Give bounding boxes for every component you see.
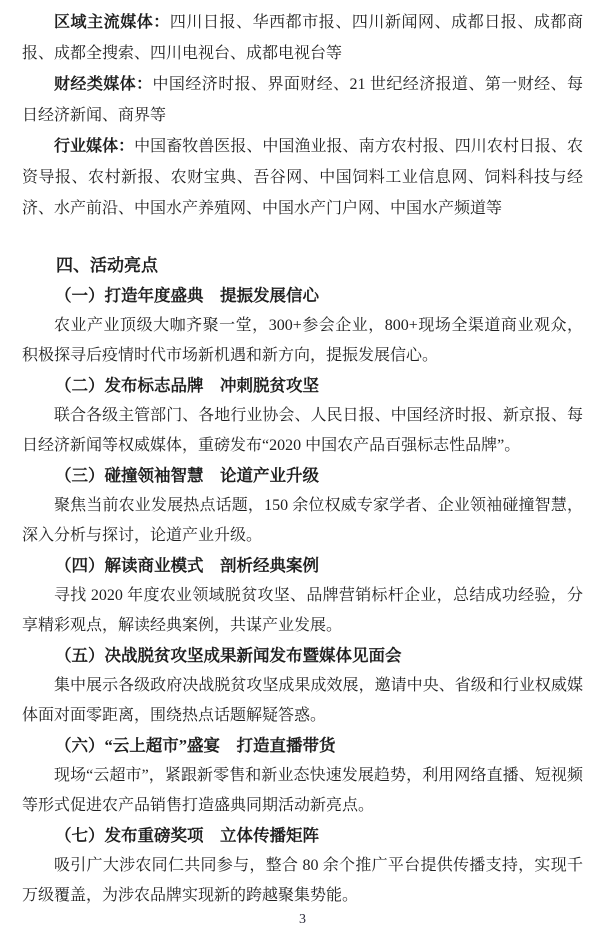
document-page: 区域主流媒体：四川日报、华西都市报、四川新闻网、成都日报、成都商报、成都全搜索、… (0, 0, 605, 952)
media-label-industry: 行业媒体： (54, 138, 134, 155)
media-paragraph-finance: 财经类媒体：中国经济时报、界面财经、21 世纪经济报道、第一财经、每日经济新闻、… (22, 69, 583, 131)
activity-body-7: 吸引广大涉农同仁共同参与，整合 80 余个推广平台提供传播支持，实现千万级覆盖，… (22, 851, 583, 911)
activity-heading-5: （五）决战脱贫攻坚成果新闻发布暨媒体见面会 (22, 641, 583, 671)
activity-body-2: 联合各级主管部门、各地行业协会、人民日报、中国经济时报、新京报、每日经济新闻等权… (22, 401, 583, 461)
activity-item-3: （三）碰撞领袖智慧 论道产业升级 聚焦当前农业发展热点话题，150 余位权威专家… (22, 461, 583, 551)
activity-heading-7: （七）发布重磅奖项 立体传播矩阵 (22, 821, 583, 851)
activity-item-5: （五）决战脱贫攻坚成果新闻发布暨媒体见面会 集中展示各级政府决战脱贫攻坚成果成效… (22, 641, 583, 731)
activity-item-6: （六）“云上超市”盛宴 打造直播带货 现场“云超市”，紧跟新零售和新业态快速发展… (22, 731, 583, 821)
activity-item-7: （七）发布重磅奖项 立体传播矩阵 吸引广大涉农同仁共同参与，整合 80 余个推广… (22, 821, 583, 911)
activity-body-5: 集中展示各级政府决战脱贫攻坚成果成效展，邀请中央、省级和行业权威媒体面对面零距离… (22, 671, 583, 731)
activity-body-4: 寻找 2020 年度农业领域脱贫攻坚、品牌营销标杆企业，总结成功经验，分享精彩观… (22, 581, 583, 641)
media-paragraph-regional: 区域主流媒体：四川日报、华西都市报、四川新闻网、成都日报、成都商报、成都全搜索、… (22, 7, 583, 69)
activity-item-2: （二）发布标志品牌 冲刺脱贫攻坚 联合各级主管部门、各地行业协会、人民日报、中国… (22, 371, 583, 461)
activity-body-6: 现场“云超市”，紧跟新零售和新业态快速发展趋势，利用网络直播、短视频等形式促进农… (22, 761, 583, 821)
activity-body-1: 农业产业顶级大咖齐聚一堂，300+参会企业，800+现场全渠道商业观众，积极探寻… (22, 311, 583, 371)
section-title-highlights: 四、活动亮点 (22, 251, 583, 281)
activity-heading-2: （二）发布标志品牌 冲刺脱贫攻坚 (22, 371, 583, 401)
media-label-regional: 区域主流媒体： (54, 14, 170, 31)
page-number: 3 (0, 910, 605, 930)
activity-item-1: （一）打造年度盛典 提振发展信心 农业产业顶级大咖齐聚一堂，300+参会企业，8… (22, 281, 583, 371)
activity-heading-6: （六）“云上超市”盛宴 打造直播带货 (22, 731, 583, 761)
activity-item-4: （四）解读商业模式 剖析经典案例 寻找 2020 年度农业领域脱贫攻坚、品牌营销… (22, 551, 583, 641)
activity-heading-1: （一）打造年度盛典 提振发展信心 (22, 281, 583, 311)
activity-body-3: 聚焦当前农业发展热点话题，150 余位权威专家学者、企业领袖碰撞智慧，深入分析与… (22, 491, 583, 551)
activity-heading-4: （四）解读商业模式 剖析经典案例 (22, 551, 583, 581)
activity-heading-3: （三）碰撞领袖智慧 论道产业升级 (22, 461, 583, 491)
media-label-finance: 财经类媒体： (54, 76, 153, 93)
media-paragraph-industry: 行业媒体：中国畜牧兽医报、中国渔业报、南方农村报、四川农村日报、农资导报、农村新… (22, 131, 583, 224)
